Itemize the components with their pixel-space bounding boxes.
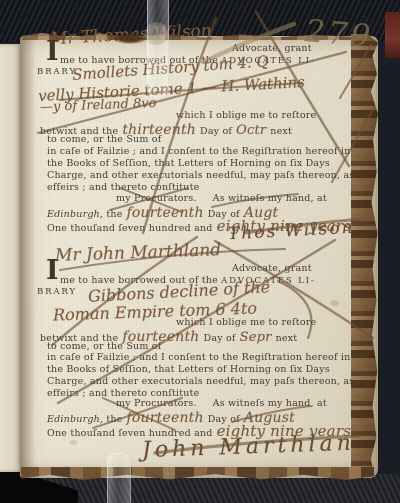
printed-effeirs-line: effeirs ; and thereto conſtitute bbox=[47, 182, 199, 193]
ink-stain bbox=[113, 33, 147, 44]
day-of-text: Day of bbox=[200, 126, 232, 137]
printed-oblige-line: which I oblige me to reſtore bbox=[176, 110, 316, 121]
printed-grant-line: Advocate, grant bbox=[232, 43, 312, 54]
procurators-text: my Procurators. bbox=[116, 398, 197, 409]
printed-session-line: the Books of Seſſion, that Letters of Ho… bbox=[47, 158, 330, 169]
procurators-text: my Procurators. bbox=[116, 193, 197, 204]
photographed-ledger-page: Mr Thomas Wilson I Advocate, grant me to… bbox=[0, 0, 400, 503]
printed-initial: I bbox=[46, 257, 59, 284]
printed-grant-line: Advocate, grant bbox=[232, 263, 312, 274]
printed-failzie-line: in caſe of Failzie ; and I conſent to th… bbox=[47, 146, 350, 157]
gutter-shadow bbox=[20, 38, 36, 474]
red-binding-edge bbox=[385, 12, 400, 58]
folio-number: 279 bbox=[304, 13, 375, 55]
handwritten-restore-month: Octr bbox=[232, 123, 270, 138]
printed-initial: I bbox=[46, 38, 59, 65]
witness-text: As witneſs my hand, at bbox=[213, 193, 327, 204]
foxing-spot bbox=[330, 300, 339, 306]
printed-procurators-line: my Procurators.As witneſs my hand, at bbox=[116, 398, 327, 409]
handwritten-book-title: —y of Ireland 8vo bbox=[40, 96, 157, 115]
plastic-holding-strip-bottom bbox=[107, 453, 131, 503]
printed-procurators-line: my Procurators.As witneſs my hand, at bbox=[116, 193, 327, 204]
plastic-holding-strip-top bbox=[147, 0, 169, 97]
thousand-text: One thouſand ſeven hundred and bbox=[47, 223, 213, 234]
printed-charge-line: Charge, and other executorials needful, … bbox=[47, 170, 354, 181]
handwritten-borrower-name: Mr John Marthland bbox=[55, 240, 222, 266]
printed-brary: BRARY bbox=[37, 287, 77, 297]
next-text: next bbox=[270, 126, 292, 137]
printed-charge-line: Charge, and other executorials needful, … bbox=[47, 376, 354, 387]
printed-failzie-line: in caſe of Failzie ; and I conſent to th… bbox=[47, 352, 350, 363]
witness-text: As witneſs my hand, at bbox=[213, 398, 327, 409]
printed-sum-line: to come, or the Sum of bbox=[47, 341, 161, 352]
handwritten-restore-month: Sepr bbox=[236, 330, 276, 345]
foxing-spot bbox=[70, 440, 77, 445]
previous-leaf-edge bbox=[0, 44, 22, 472]
next-text: next bbox=[276, 333, 298, 344]
day-of-text: Day of bbox=[204, 333, 236, 344]
ledger-page: Mr Thomas Wilson I Advocate, grant me to… bbox=[20, 36, 378, 478]
printed-session-line: the Books of Seſſion, that Letters of Ho… bbox=[47, 364, 330, 375]
printed-sum-line: to come, or the Sum of bbox=[47, 134, 161, 145]
printed-oblige-line: which I oblige me to reſtore bbox=[176, 317, 316, 328]
